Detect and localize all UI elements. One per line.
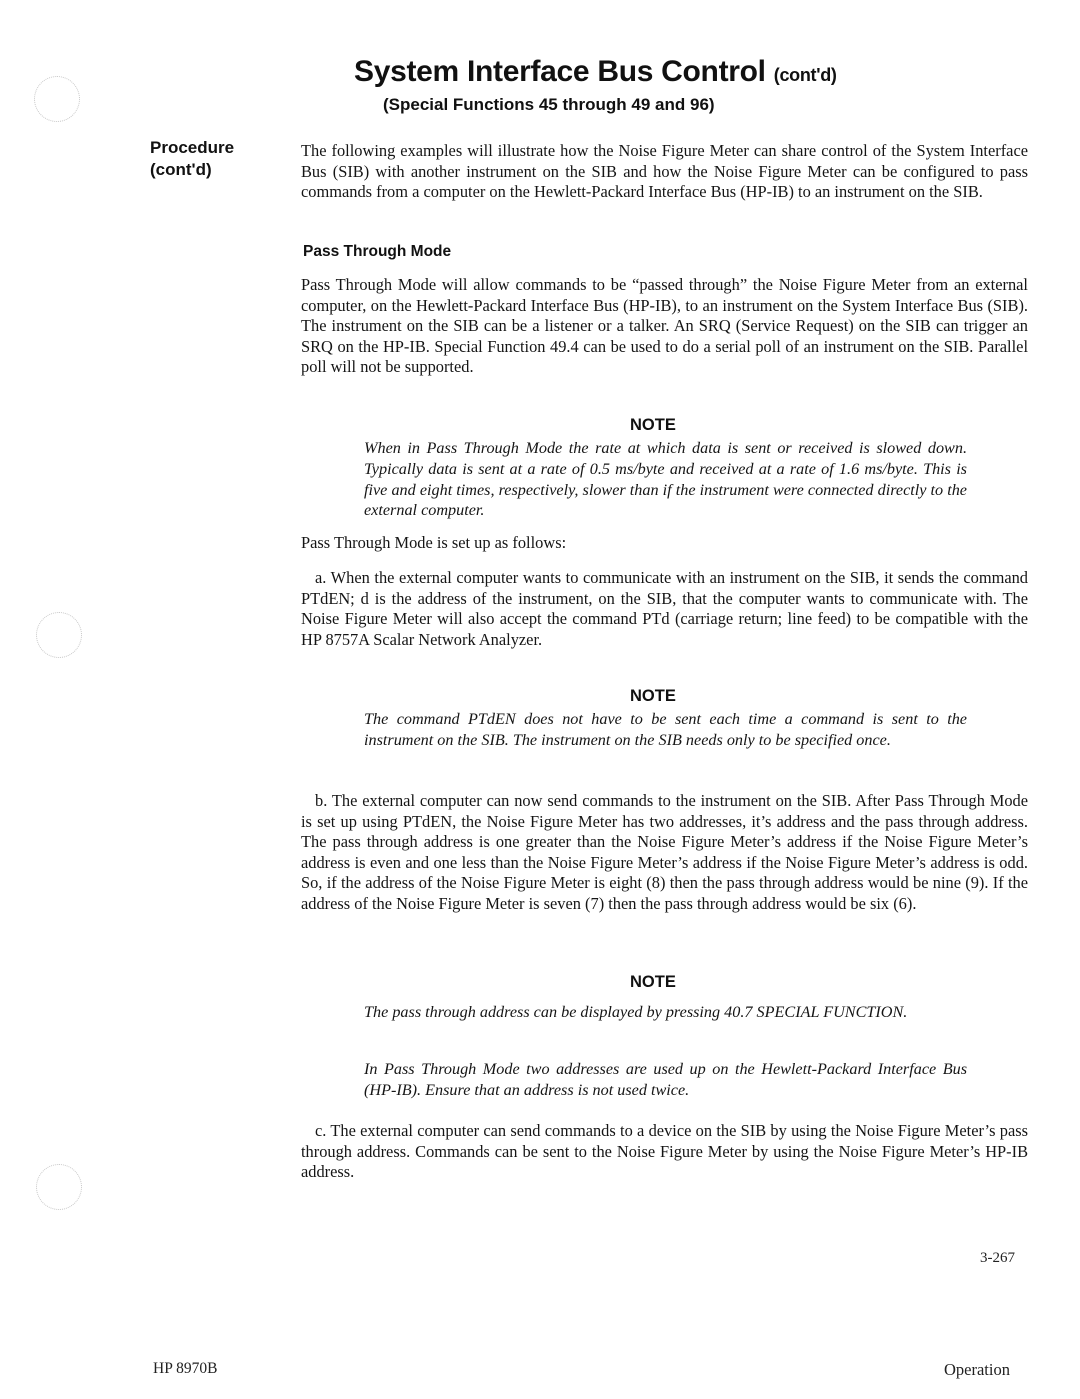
page-title-suffix: (cont'd) — [774, 65, 837, 85]
note-body-1: When in Pass Through Mode the rate at wh… — [364, 438, 967, 521]
footer-section: Operation — [944, 1360, 1010, 1380]
side-label-line1: Procedure — [150, 137, 234, 159]
side-label-line2: (cont'd) — [150, 159, 234, 181]
note-body-2: The command PTdEN does not have to be se… — [364, 709, 967, 751]
step-a-label: a. — [315, 568, 326, 587]
note-body-3b: In Pass Through Mode two addresses are u… — [364, 1059, 967, 1101]
step-a: a. When the external computer wants to c… — [301, 568, 1028, 650]
section-heading: Pass Through Mode — [303, 243, 451, 261]
page-subtitle: (Special Functions 45 through 49 and 96) — [383, 95, 715, 115]
step-b-label: b. — [315, 791, 327, 810]
section-paragraph: Pass Through Mode will allow commands to… — [301, 275, 1028, 378]
step-c: c. The external computer can send comman… — [301, 1121, 1028, 1183]
note-heading-1: NOTE — [630, 416, 676, 435]
note-heading-3: NOTE — [630, 973, 676, 992]
step-c-label: c. — [315, 1121, 326, 1140]
step-b-text: The external computer can now send comma… — [301, 791, 1028, 913]
step-c-text: The external computer can send commands … — [301, 1121, 1028, 1181]
punch-hole-top — [34, 76, 80, 122]
note-body-3a: The pass through address can be displaye… — [364, 1002, 967, 1023]
step-a-text: When the external computer wants to comm… — [301, 568, 1028, 649]
page-title-text: System Interface Bus Control — [354, 55, 766, 88]
side-label: Procedure (cont'd) — [150, 137, 234, 181]
punch-hole-middle — [36, 612, 82, 658]
setup-intro: Pass Through Mode is set up as follows: — [301, 533, 1028, 554]
intro-paragraph: The following examples will illustrate h… — [301, 141, 1028, 203]
page-title: System Interface Bus Control (cont'd) — [354, 55, 837, 89]
punch-hole-bottom — [36, 1164, 82, 1210]
page-number: 3-267 — [980, 1250, 1015, 1267]
note-heading-2: NOTE — [630, 687, 676, 706]
footer-model: HP 8970B — [153, 1360, 217, 1378]
step-b: b. The external computer can now send co… — [301, 791, 1028, 915]
